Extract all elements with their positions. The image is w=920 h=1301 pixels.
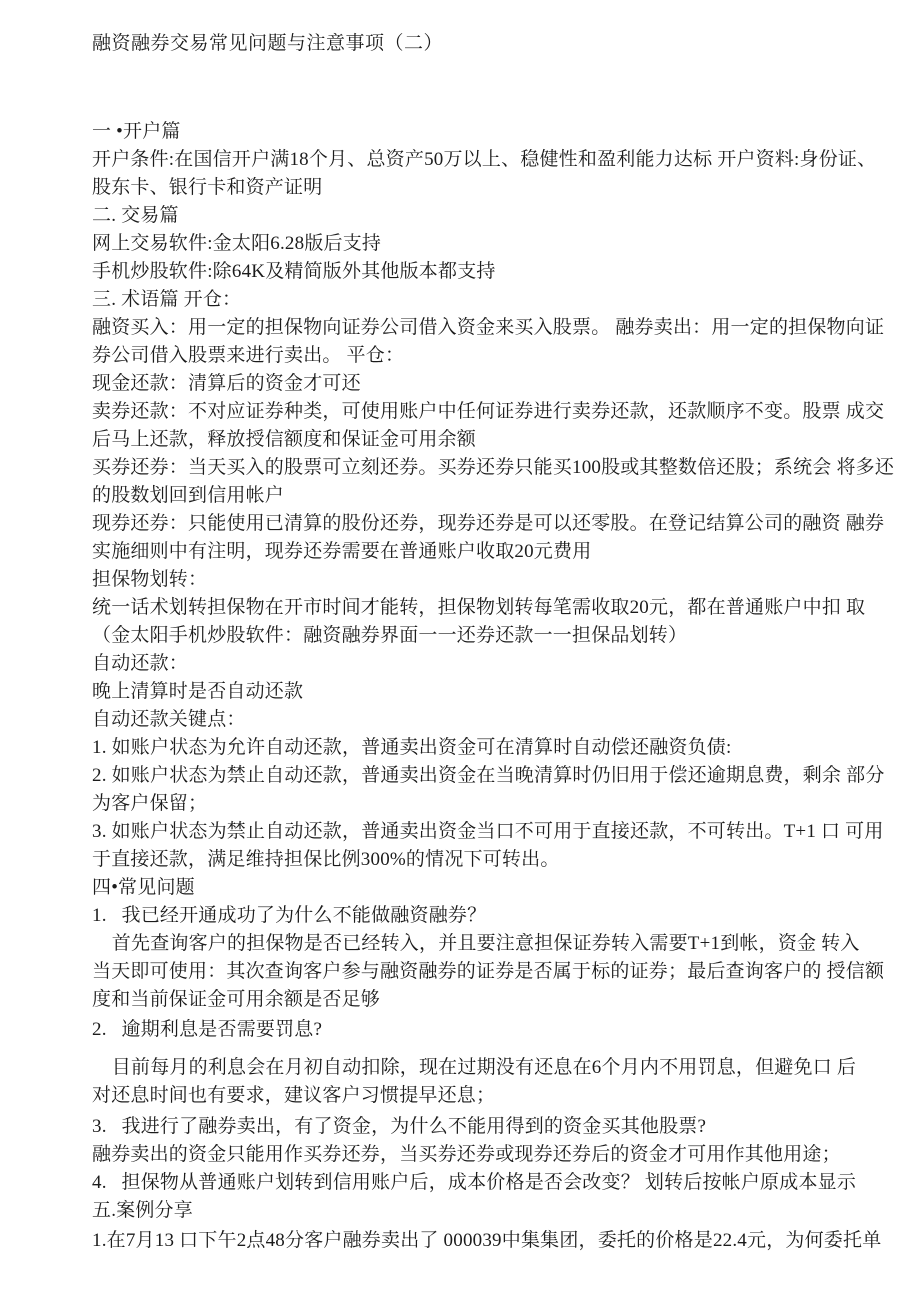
doc-line: 自动还款： [92, 650, 880, 678]
doc-line: 对还息时间也有要求，建议客户习惯提早还息； [92, 1082, 880, 1110]
doc-line-section-4-heading: 四•常见问题 [92, 874, 880, 902]
doc-line: 券公司借入股票来进行卖出。 平仓： [92, 342, 880, 370]
doc-line-question-4: 4. 担保物从普通账户划转到信用账户后，成本价格是否会改变？ 划转后按帐户原成本… [92, 1169, 880, 1197]
doc-line-section-5-heading: 五.案例分享 [92, 1197, 880, 1225]
doc-line: 股东卡、银行卡和资产证明 [92, 174, 880, 202]
doc-line: 现金还款：清算后的资金才可还 [92, 370, 880, 398]
doc-line: 实施细则中有注明，现券还券需要在普通账户收取20元费用 [92, 538, 880, 566]
doc-line: 网上交易软件:金太阳6.28版后支持 [92, 230, 880, 258]
doc-line: 担保物划转： [92, 566, 880, 594]
doc-line: 融券卖出的资金只能用作买券还券，当买券还券或现券还券后的资金才可用作其他用途； [92, 1141, 880, 1169]
doc-line: 于直接还款，满足维持担保比例300%的情况下可转出。 [92, 846, 880, 874]
doc-line: 的股数划回到信用帐户 [92, 482, 880, 510]
doc-line: 手机炒股软件:除64K及精简版外其他版本都支持 [92, 258, 880, 286]
doc-line-question-3: 3. 我进行了融券卖出，有了资金，为什么不能用得到的资金买其他股票? [92, 1113, 880, 1141]
document-title: 融资融券交易常见问题与注意事项（二） [92, 30, 880, 58]
doc-line: 1. 如账户状态为允许自动还款，普通卖出资金可在清算时自动偿还融资负债: [92, 734, 880, 762]
doc-line: 开户条件:在国信开户满18个月、总资产50万以上、稳健性和盈利能力达标 开户资料… [92, 146, 880, 174]
doc-line: 为客户保留； [92, 790, 880, 818]
document-page: 融资融券交易常见问题与注意事项（二） 一 •开户篇 开户条件:在国信开户满18个… [0, 0, 920, 1301]
doc-line: 度和当前保证金可用余额是否足够 [92, 986, 880, 1014]
doc-line: 卖券还款：不对应证券种类，可使用账户中任何证券进行卖券还款，还款顺序不变。股票 … [92, 398, 880, 426]
doc-line: 当天即可使用：其次查询客户参与融资融券的证券是否属于标的证券；最后查询客户的 授… [92, 958, 880, 986]
doc-line: 1.在7月13 口下午2点48分客户融券卖出了 000039中集集团，委托的价格… [92, 1227, 880, 1255]
doc-line-section-2-heading: 二. 交易篇 [92, 202, 880, 230]
doc-line-question-1: 1. 我已经开通成功了为什么不能做融资融券？ [92, 902, 880, 930]
doc-line: 融资买入：用一定的担保物向证券公司借入资金来买入股票。 融券卖出：用一定的担保物… [92, 314, 880, 342]
doc-line: 首先查询客户的担保物是否已经转入，并且要注意担保证券转入需要T+1到帐，资金 转… [92, 930, 880, 958]
doc-line: 3. 如账户状态为禁止自动还款，普通卖出资金当口不可用于直接还款，不可转出。T+… [92, 818, 880, 846]
doc-line: 统一话术划转担保物在开市时间才能转，担保物划转每笔需收取20元，都在普通账户中扣… [92, 594, 880, 622]
doc-line: 现券还券：只能使用已清算的股份还券，现券还券是可以还零股。在登记结算公司的融资 … [92, 510, 880, 538]
doc-line: 买券还券：当天买入的股票可立刻还券。买券还券只能买100股或其整数倍还股；系统会… [92, 454, 880, 482]
doc-line: （金太阳手机炒股软件：融资融券界面一一还券还款一一担保品划转） [92, 622, 880, 650]
doc-line: 自动还款关键点： [92, 706, 880, 734]
doc-line-question-2: 2. 逾期利息是否需要罚息? [92, 1016, 880, 1044]
doc-line-section-1-heading: 一 •开户篇 [92, 118, 880, 146]
doc-line: 目前每月的利息会在月初自动扣除，现在过期没有还息在6个月内不用罚息，但避免口 后 [92, 1054, 880, 1082]
doc-line: 后马上还款，释放授信额度和保证金可用余额 [92, 426, 880, 454]
doc-line-section-3-heading: 三. 术语篇 开仓： [92, 286, 880, 314]
doc-line: 2. 如账户状态为禁止自动还款，普通卖出资金在当晚清算时仍旧用于偿还逾期息费，剩… [92, 762, 880, 790]
doc-line: 晚上清算时是否自动还款 [92, 678, 880, 706]
